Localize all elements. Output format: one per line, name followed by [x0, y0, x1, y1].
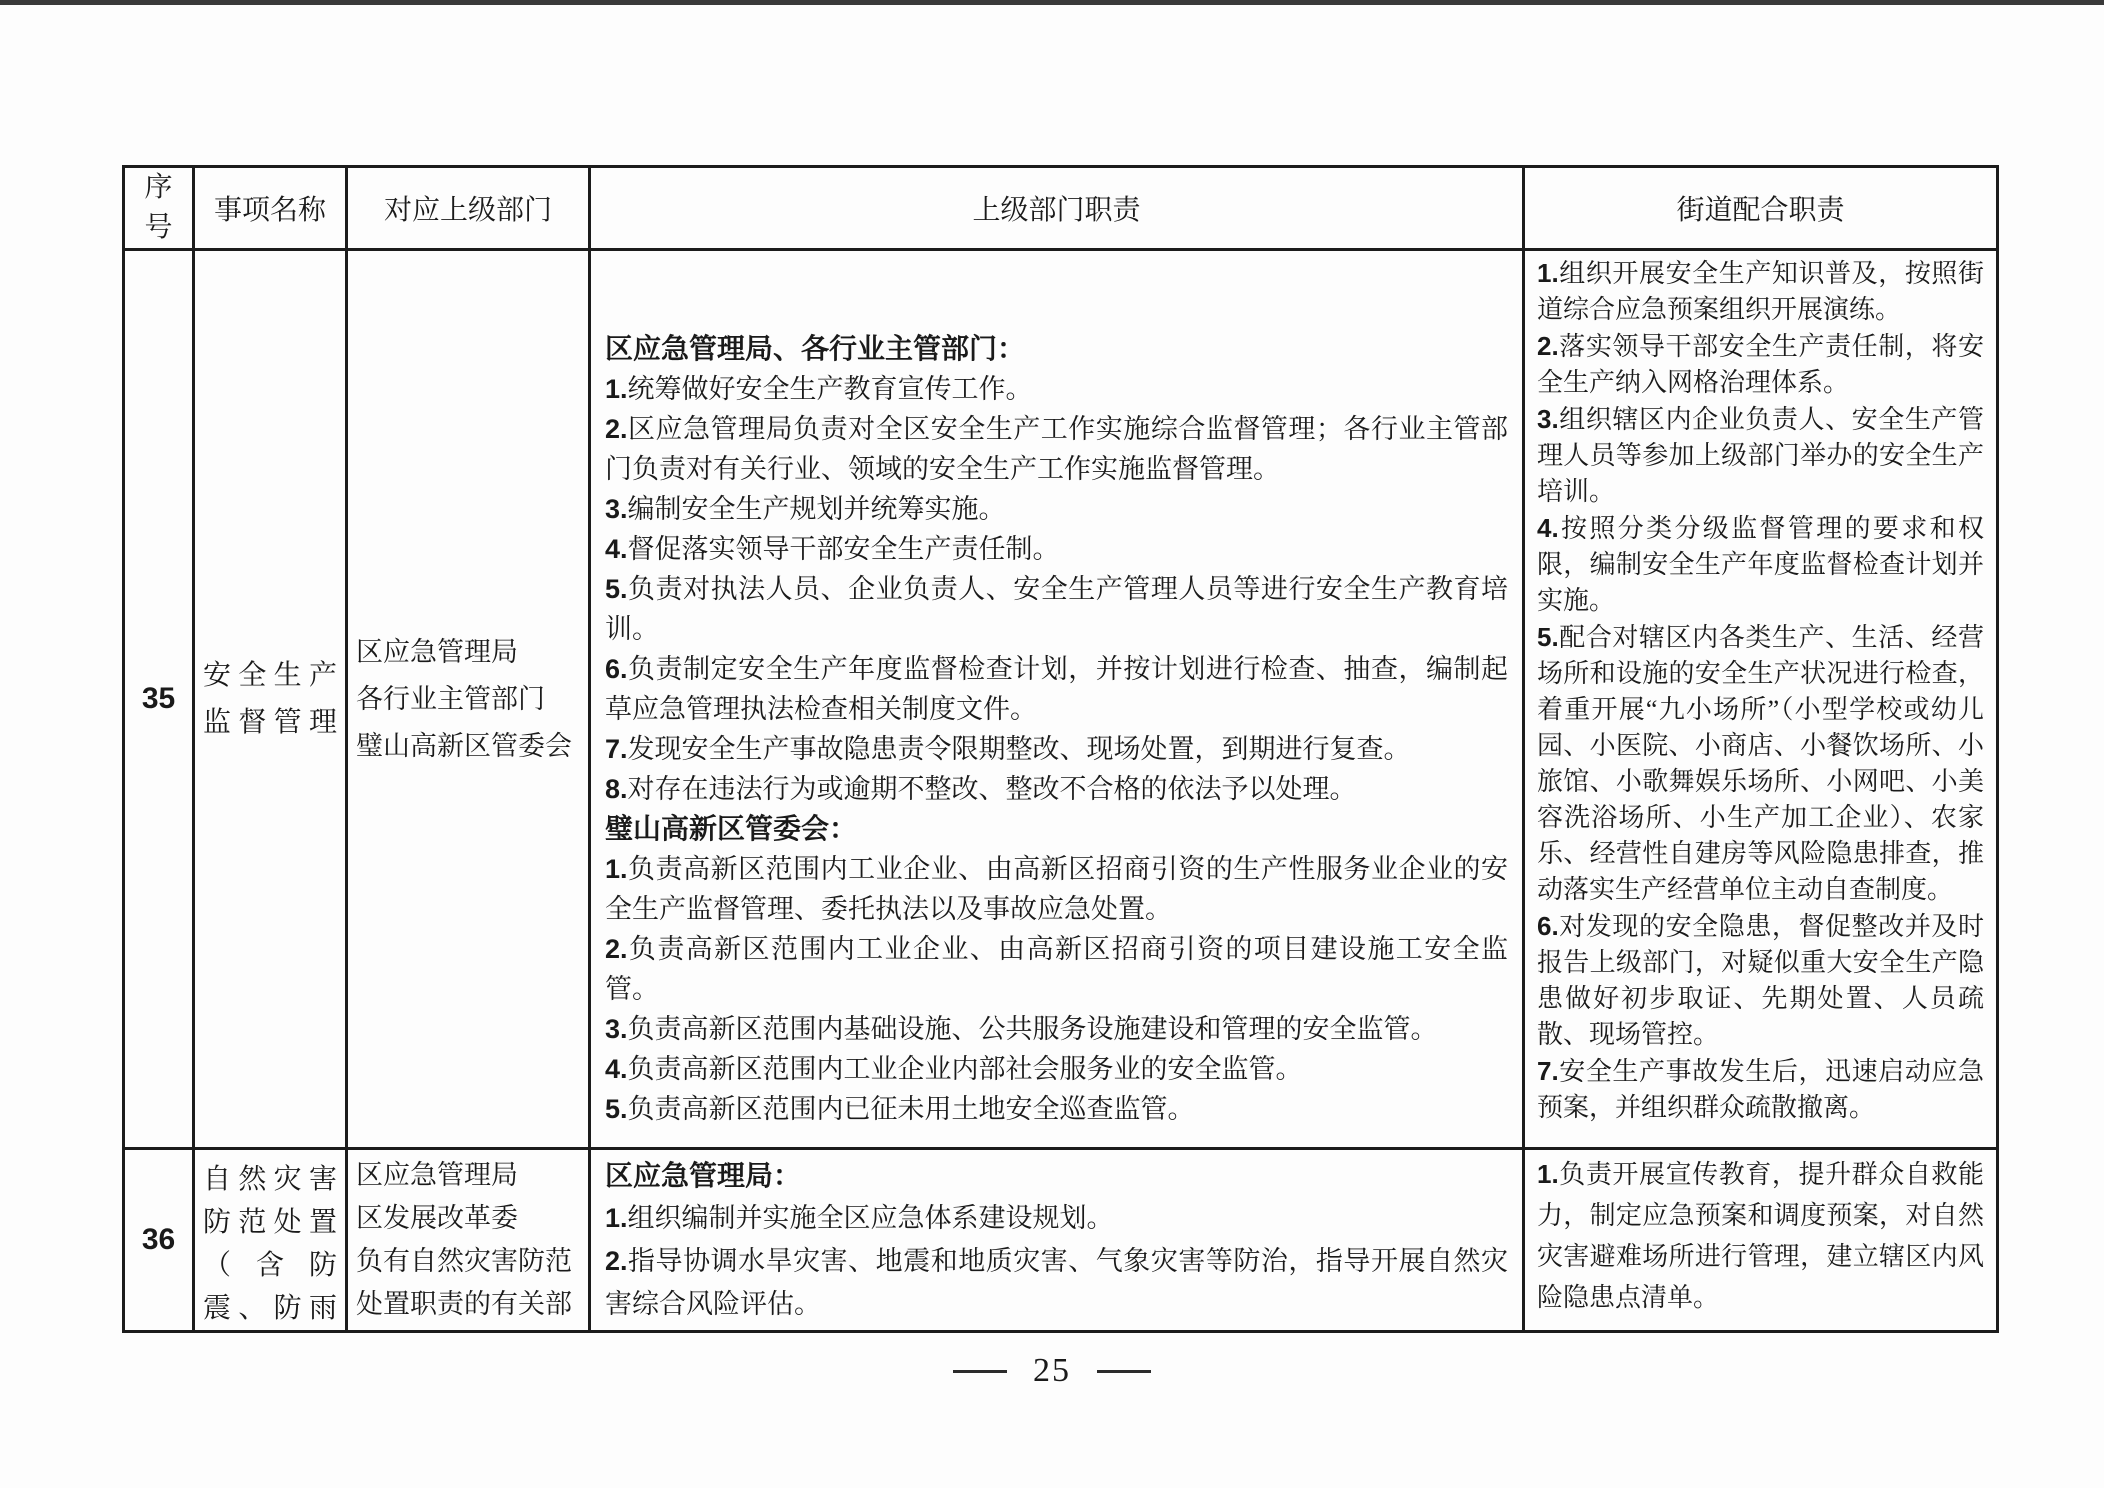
duty-item-number: 4.: [605, 1054, 628, 1084]
duty-item: 6.负责制定安全生产年度监督检查计划，并按计划进行检查、抽查，编制起草应急管理执…: [605, 649, 1508, 729]
duty-section-heading: 璧山高新区管委会：: [605, 809, 1508, 849]
duty-item: 1.负责高新区范围内工业企业、由高新区招商引资的生产性服务业企业的安全生产监督管…: [605, 849, 1508, 929]
duty-item: 4.按照分类分级监督管理的要求和权限，编制安全生产年度监督检查计划并实施。: [1537, 510, 1984, 619]
cell-superior-duties: 区应急管理局：1.组织编制并实施全区应急体系建设规划。2.指导协调水旱灾害、地震…: [590, 1149, 1524, 1332]
page-footer: 25: [0, 1352, 2104, 1390]
table-header-row: 序号 事项名称 对应上级部门 上级部门职责 街道配合职责: [124, 167, 1998, 250]
text-line: 自然灾害: [203, 1158, 337, 1201]
duty-item-number: 3.: [605, 1014, 628, 1044]
duty-item-number: 2.: [1537, 331, 1559, 361]
duty-item-number: 1.: [605, 854, 628, 884]
col-header-item-name: 事项名称: [194, 167, 347, 250]
superior-duties-list: 区应急管理局：1.组织编制并实施全区应急体系建设规划。2.指导协调水旱灾害、地震…: [605, 1154, 1508, 1326]
duty-item-number: 1.: [605, 374, 628, 404]
duty-item-number: 4.: [1537, 513, 1559, 543]
duty-item: 2.区应急管理局负责对全区安全生产工作实施综合监督管理；各行业主管部门负责对有关…: [605, 409, 1508, 489]
text-line: 各行业主管部门: [356, 676, 580, 723]
text-line: 监督管理: [203, 699, 337, 746]
text-line: 负有自然灾害防范: [356, 1240, 580, 1283]
text-line: 区应急管理局: [356, 1154, 580, 1197]
page-number: 25: [1033, 1352, 1071, 1390]
duty-item: 2.负责高新区范围内工业企业、由高新区招商引资的项目建设施工安全监管。: [605, 929, 1508, 1009]
duty-item-number: 1.: [1537, 258, 1559, 288]
col-header-index: 序号: [124, 167, 194, 250]
col-header-index-label: 序号: [142, 168, 176, 248]
duty-item: 3.编制安全生产规划并统筹实施。: [605, 489, 1508, 529]
duty-item: 8.对存在违法行为或逾期不整改、整改不合格的依法予以处理。: [605, 769, 1508, 809]
duty-item-number: 7.: [605, 734, 628, 764]
cell-superior-departments: 区应急管理局区发展改革委负有自然灾害防范处置职责的有关部: [347, 1149, 590, 1332]
text-line: 璧山高新区管委会: [356, 723, 580, 770]
table-row-36: 36 自然灾害防范处置（含防震、防雨 区应急管理局区发展改革委负有自然灾害防范处…: [124, 1149, 1998, 1332]
col-header-superior-department: 对应上级部门: [347, 167, 590, 250]
duty-item: 5.负责高新区范围内已征未用土地安全巡查监管。: [605, 1089, 1508, 1129]
cell-index: 35: [124, 250, 194, 1149]
cell-item-name: 自然灾害防范处置（含防震、防雨: [194, 1149, 347, 1332]
duty-section-heading: 区应急管理局：: [605, 1154, 1508, 1197]
duty-item: 2.落实领导干部安全生产责任制，将安全生产纳入网格治理体系。: [1537, 328, 1984, 401]
duty-item: 1.组织开展安全生产知识普及，按照街道综合应急预案组织开展演练。: [1537, 255, 1984, 328]
duty-item-number: 3.: [605, 494, 628, 524]
duty-item-number: 6.: [605, 654, 628, 684]
cell-superior-duties: 区应急管理局、各行业主管部门：1.统筹做好安全生产教育宣传工作。2.区应急管理局…: [590, 250, 1524, 1149]
text-line: 区发展改革委: [356, 1197, 580, 1240]
duty-item-number: 3.: [1537, 404, 1559, 434]
duties-table: 序号 事项名称 对应上级部门 上级部门职责 街道配合职责 35 安全生产监督管理…: [122, 165, 1999, 1333]
col-header-superior-duties: 上级部门职责: [590, 167, 1524, 250]
text-line: 处置职责的有关部: [356, 1283, 580, 1326]
duty-section-heading: 区应急管理局、各行业主管部门：: [605, 329, 1508, 369]
duty-item: 3.负责高新区范围内基础设施、公共服务设施建设和管理的安全监管。: [605, 1009, 1508, 1049]
text-line: 区应急管理局: [356, 629, 580, 676]
duty-item: 7.发现安全生产事故隐患责令限期整改、现场处置，到期进行复查。: [605, 729, 1508, 769]
duty-item-number: 2.: [605, 414, 628, 444]
duty-item: 1.负责开展宣传教育，提升群众自救能力，制定应急预案和调度预案，对自然灾害避难场…: [1537, 1154, 1984, 1318]
page-number-dash-right: [1097, 1370, 1151, 1373]
cell-superior-departments: 区应急管理局各行业主管部门璧山高新区管委会: [347, 250, 590, 1149]
street-duties-list: 1.负责开展宣传教育，提升群众自救能力，制定应急预案和调度预案，对自然灾害避难场…: [1537, 1154, 1984, 1318]
text-line: 安全生产: [203, 652, 337, 699]
duty-item: 4.督促落实领导干部安全生产责任制。: [605, 529, 1508, 569]
duty-item: 5.配合对辖区内各类生产、生活、经营场所和设施的安全生产状况进行检查，着重开展“…: [1537, 619, 1984, 908]
duty-item: 4.负责高新区范围内工业企业内部社会服务业的安全监管。: [605, 1049, 1508, 1089]
duty-item-number: 2.: [605, 1246, 628, 1276]
duty-item-number: 7.: [1537, 1056, 1559, 1086]
document-page: 序号 事项名称 对应上级部门 上级部门职责 街道配合职责 35 安全生产监督管理…: [0, 0, 2104, 1488]
duty-item: 1.组织编制并实施全区应急体系建设规划。: [605, 1197, 1508, 1240]
duty-item: 2.指导协调水旱灾害、地震和地质灾害、气象灾害等防治，指导开展自然灾害综合风险评…: [605, 1240, 1508, 1326]
text-line: 防范处置: [203, 1201, 337, 1244]
duty-item: 6.对发现的安全隐患，督促整改并及时报告上级部门，对疑似重大安全生产隐患做好初步…: [1537, 908, 1984, 1053]
duty-item: 1.统筹做好安全生产教育宣传工作。: [605, 369, 1508, 409]
col-header-street-duties: 街道配合职责: [1524, 167, 1998, 250]
duty-item-number: 1.: [1537, 1159, 1559, 1189]
cell-street-duties: 1.负责开展宣传教育，提升群众自救能力，制定应急预案和调度预案，对自然灾害避难场…: [1524, 1149, 1998, 1332]
page-number-dash-left: [953, 1370, 1007, 1373]
duty-item-number: 5.: [605, 574, 628, 604]
duty-item: 3.组织辖区内企业负责人、安全生产管理人员等参加上级部门举办的安全生产培训。: [1537, 401, 1984, 510]
text-line: （含防: [203, 1244, 337, 1287]
duty-item: 7.安全生产事故发生后，迅速启动应急预案，并组织群众疏散撤离。: [1537, 1053, 1984, 1126]
duty-item-number: 8.: [605, 774, 628, 804]
top-edge-bar: [0, 0, 2104, 5]
cell-street-duties: 1.组织开展安全生产知识普及，按照街道综合应急预案组织开展演练。2.落实领导干部…: [1524, 250, 1998, 1149]
duty-item-number: 4.: [605, 534, 628, 564]
text-line: 震、防雨: [203, 1287, 337, 1330]
superior-department-lines: 区应急管理局各行业主管部门璧山高新区管委会: [356, 629, 580, 770]
cell-item-name: 安全生产监督管理: [194, 250, 347, 1149]
duty-item-number: 1.: [605, 1203, 628, 1233]
duty-item-number: 5.: [605, 1094, 628, 1124]
duty-item-number: 5.: [1537, 622, 1559, 652]
duty-item: 5.负责对执法人员、企业负责人、安全生产管理人员等进行安全生产教育培训。: [605, 569, 1508, 649]
cell-index: 36: [124, 1149, 194, 1332]
duty-item-number: 6.: [1537, 911, 1559, 941]
superior-department-lines: 区应急管理局区发展改革委负有自然灾害防范处置职责的有关部: [356, 1154, 580, 1326]
table-row-35: 35 安全生产监督管理 区应急管理局各行业主管部门璧山高新区管委会 区应急管理局…: [124, 250, 1998, 1149]
item-name-lines: 自然灾害防范处置（含防震、防雨: [203, 1158, 337, 1330]
duty-item-number: 2.: [605, 934, 628, 964]
street-duties-list: 1.组织开展安全生产知识普及，按照街道综合应急预案组织开展演练。2.落实领导干部…: [1537, 255, 1984, 1126]
item-name-lines: 安全生产监督管理: [203, 652, 337, 746]
superior-duties-list: 区应急管理局、各行业主管部门：1.统筹做好安全生产教育宣传工作。2.区应急管理局…: [605, 329, 1508, 1129]
